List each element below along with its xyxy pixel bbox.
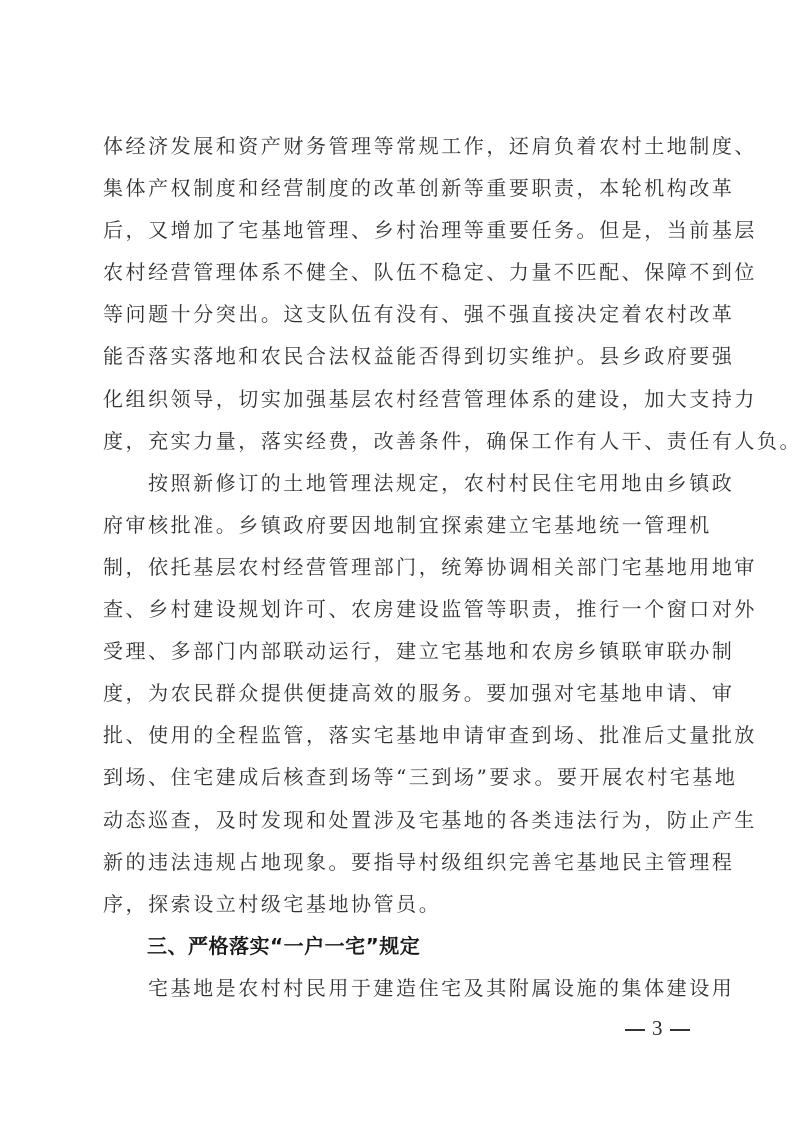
paragraph-line: 集体产权制度和经营制度的改革创新等重要职责，本轮机构改革 (103, 167, 693, 209)
em-dash-right (670, 1029, 690, 1030)
paragraph-first-line: 按照新修订的土地管理法规定，农村村民住宅用地由乡镇政 (103, 462, 693, 504)
paragraph-line: 体经济发展和资产财务管理等常规工作，还肩负着农村土地制度、 (103, 125, 693, 167)
paragraph-line: 能否落实落地和农民合法权益能否得到切实维护。县乡政府要强 (103, 335, 693, 377)
paragraph-line: 制，依托基层农村经营管理部门，统筹协调相关部门宅基地用地审 (103, 546, 693, 588)
paragraph-first-line: 宅基地是农村村民用于建造住宅及其附属设施的集体建设用 (103, 967, 693, 1009)
paragraph-line: 度，为农民群众提供便捷高效的服务。要加强对宅基地申请、审 (103, 672, 693, 714)
section-heading: 三、严格落实“一户一宅”规定 (103, 925, 693, 967)
paragraph-line: 序，探索设立村级宅基地协管员。 (103, 883, 693, 925)
page-number: 3 (618, 1016, 697, 1041)
paragraph-line: 查、乡村建设规划许可、农房建设监管等职责，推行一个窗口对外 (103, 588, 693, 630)
paragraph-line: 等问题十分突出。这支队伍有没有、强不强直接决定着农村改革 (103, 293, 693, 335)
paragraph-line: 度，充实力量，落实经费，改善条件，确保工作有人干、责任有人负。 (103, 420, 693, 462)
em-dash-left (625, 1029, 645, 1030)
document-body: 体经济发展和资产财务管理等常规工作，还肩负着农村土地制度、 集体产权制度和经营制… (103, 125, 693, 1009)
paragraph-line: 府审核批准。乡镇政府要因地制宜探索建立宅基地统一管理机 (103, 504, 693, 546)
document-page: 体经济发展和资产财务管理等常规工作，还肩负着农村土地制度、 集体产权制度和经营制… (0, 0, 800, 1132)
paragraph-line: 后，又增加了宅基地管理、乡村治理等重要任务。但是，当前基层 (103, 209, 693, 251)
paragraph-line: 化组织领导，切实加强基层农村经营管理体系的建设，加大支持力 (103, 378, 693, 420)
paragraph-line: 到场、住宅建成后核查到场等“三到场”要求。要开展农村宅基地 (103, 756, 693, 798)
paragraph-line: 农村经营管理体系不健全、队伍不稳定、力量不匹配、保障不到位 (103, 251, 693, 293)
paragraph-line: 动态巡查，及时发现和处置涉及宅基地的各类违法行为，防止产生 (103, 799, 693, 841)
paragraph-line: 批、使用的全程监管，落实宅基地申请审查到场、批准后丈量批放 (103, 714, 693, 756)
paragraph-line: 新的违法违规占地现象。要指导村级组织完善宅基地民主管理程 (103, 841, 693, 883)
page-number-value: 3 (652, 1016, 663, 1040)
paragraph-line: 受理、多部门内部联动运行，建立宅基地和农房乡镇联审联办制 (103, 630, 693, 672)
